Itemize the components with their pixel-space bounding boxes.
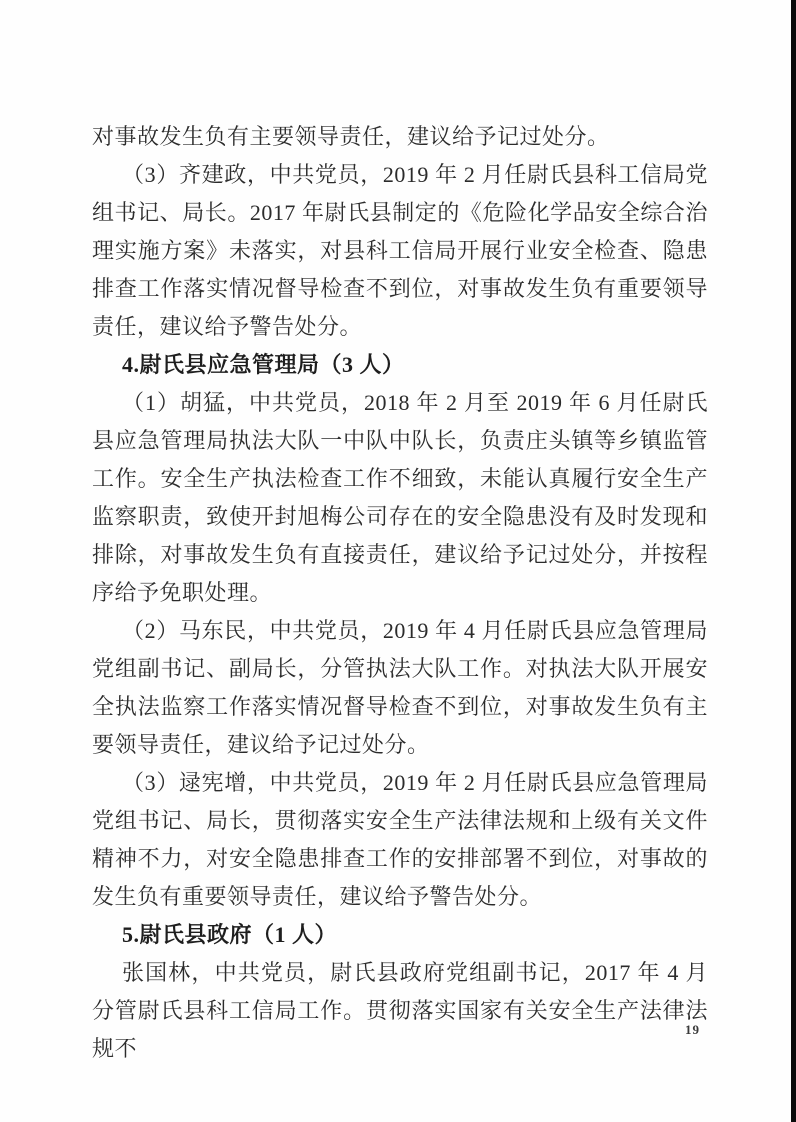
paragraph: （2）马东民，中共党员，2019 年 4 月任尉氏县应急管理局党组副书记、副局长… (92, 612, 708, 764)
paragraph: （3）逯宪增，中共党员，2019 年 2 月任尉氏县应急管理局党组书记、局长，贯… (92, 764, 708, 916)
paragraph: 张国林，中共党员，尉氏县政府党组副书记，2017 年 4 月分管尉氏县科工信局工… (92, 954, 708, 1068)
paragraph: （3）齐建政，中共党员，2019 年 2 月任尉氏县科工信局党组书记、局长。20… (92, 156, 708, 346)
paragraph: （1）胡猛，中共党员，2018 年 2 月至 2019 年 6 月任尉氏县应急管… (92, 384, 708, 612)
scan-edge-bar (791, 0, 796, 1122)
section-heading: 4.尉氏县应急管理局（3 人） (92, 346, 708, 384)
document-page: 对事故发生负有主要领导责任，建议给予记过处分。（3）齐建政，中共党员，2019 … (0, 0, 796, 1122)
paragraph: 对事故发生负有主要领导责任，建议给予记过处分。 (92, 118, 708, 156)
section-heading: 5.尉氏县政府（1 人） (92, 916, 708, 954)
document-body: 对事故发生负有主要领导责任，建议给予记过处分。（3）齐建政，中共党员，2019 … (92, 118, 708, 1068)
page-number: 19 (685, 1022, 700, 1038)
